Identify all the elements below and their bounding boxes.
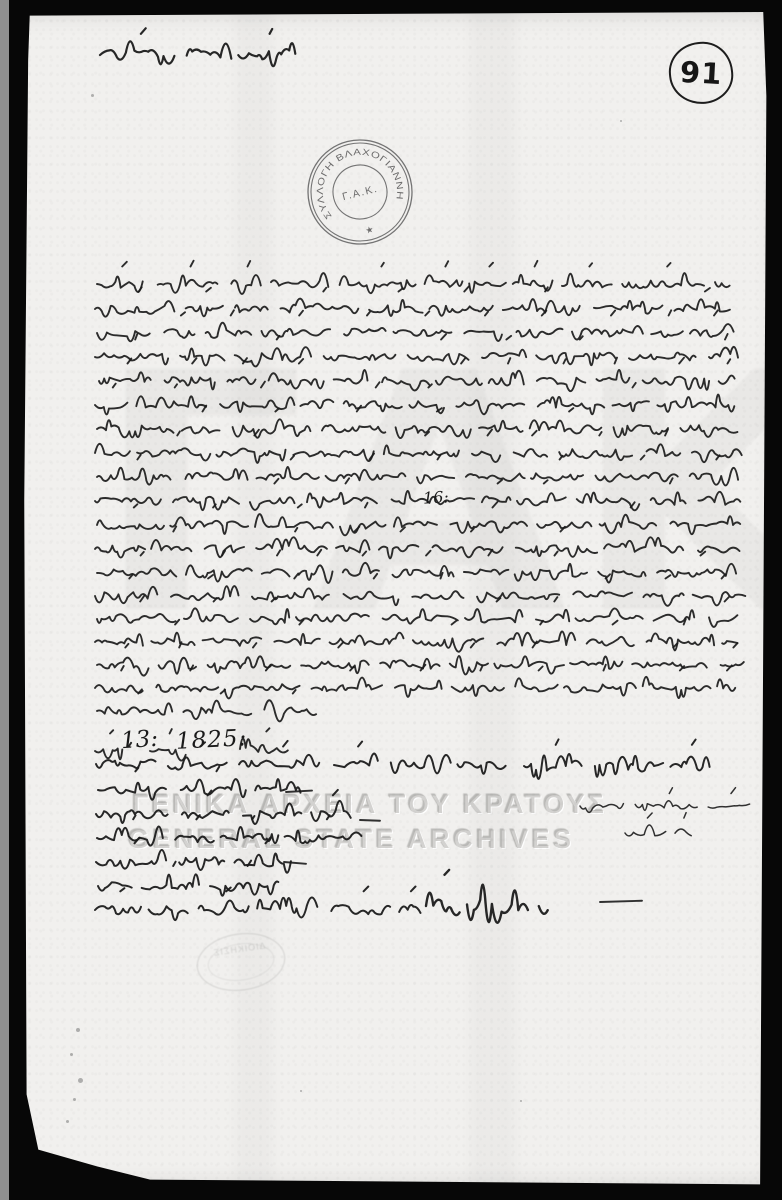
handwriting-line-dash: [360, 820, 380, 821]
ink-speck: [76, 1028, 80, 1032]
handwriting-line-body: [95, 382, 734, 415]
handwriting-line-note: [580, 788, 750, 813]
handwriting-line-body: [95, 526, 740, 558]
handwriting-line-body: [95, 478, 740, 510]
handwriting-line-body: [95, 665, 735, 699]
handwriting-line-signature: [98, 767, 301, 800]
handwriting-line-flourish: [426, 870, 548, 923]
ink-speck: [73, 1098, 76, 1101]
handwriting-line-signature: [524, 739, 710, 778]
ink-speck: [91, 94, 94, 97]
handwriting-line-body: [97, 502, 740, 535]
handwriting-layer: [0, 0, 782, 1200]
handwriting-line-body: [97, 550, 736, 583]
handwriting-line-body: [97, 310, 734, 341]
paper-sheet: ΓΑΚ ΓΕΝΙΚΑ ΑΡΧΕΙΑ ΤΟΥ ΚΡΑΤΟΥΣ GENERAL ST…: [0, 0, 782, 1200]
ink-speck: [78, 1078, 83, 1083]
ink-speck: [70, 1053, 73, 1056]
handwriting-line-body: [97, 406, 737, 438]
ink-speck: [66, 1120, 69, 1123]
handwriting-line-body: [97, 454, 738, 486]
handwriting-line-body: [99, 358, 735, 392]
handwriting-line-body: [95, 430, 742, 463]
handwriting-line-body: [97, 596, 737, 627]
date-year-fragment: 1825:: [175, 725, 248, 755]
handwriting-line-body: [95, 730, 122, 759]
handwriting-line-dash: [286, 791, 312, 792]
ink-speck: [300, 1090, 302, 1092]
handwriting-line-body: [97, 689, 316, 721]
ink-speck: [620, 120, 622, 122]
date-day-fragment: 13:: [120, 726, 159, 755]
handwriting-line-dash: [284, 862, 306, 864]
scan-backdrop: ΓΑΚ ΓΕΝΙΚΑ ΑΡΧΕΙΑ ΤΟΥ ΚΡΑΤΟΥΣ GENERAL ST…: [0, 0, 782, 1200]
handwriting-line-annotation: [100, 28, 295, 66]
handwriting-line-signature: [96, 838, 291, 873]
handwriting-line-body: [97, 261, 730, 294]
scanner-edge-strip: [0, 0, 9, 1200]
inline-number-fragment: 16:: [423, 487, 450, 507]
page-number: 91: [679, 55, 723, 91]
handwriting-line-body: [95, 573, 745, 606]
ink-speck: [520, 1100, 522, 1102]
handwriting-line-note: [625, 813, 691, 836]
handwriting-line-body: [95, 286, 730, 316]
handwriting-line-body: [95, 619, 738, 652]
handwriting-line-dash: [600, 901, 642, 902]
handwriting-line-body: [95, 334, 738, 366]
